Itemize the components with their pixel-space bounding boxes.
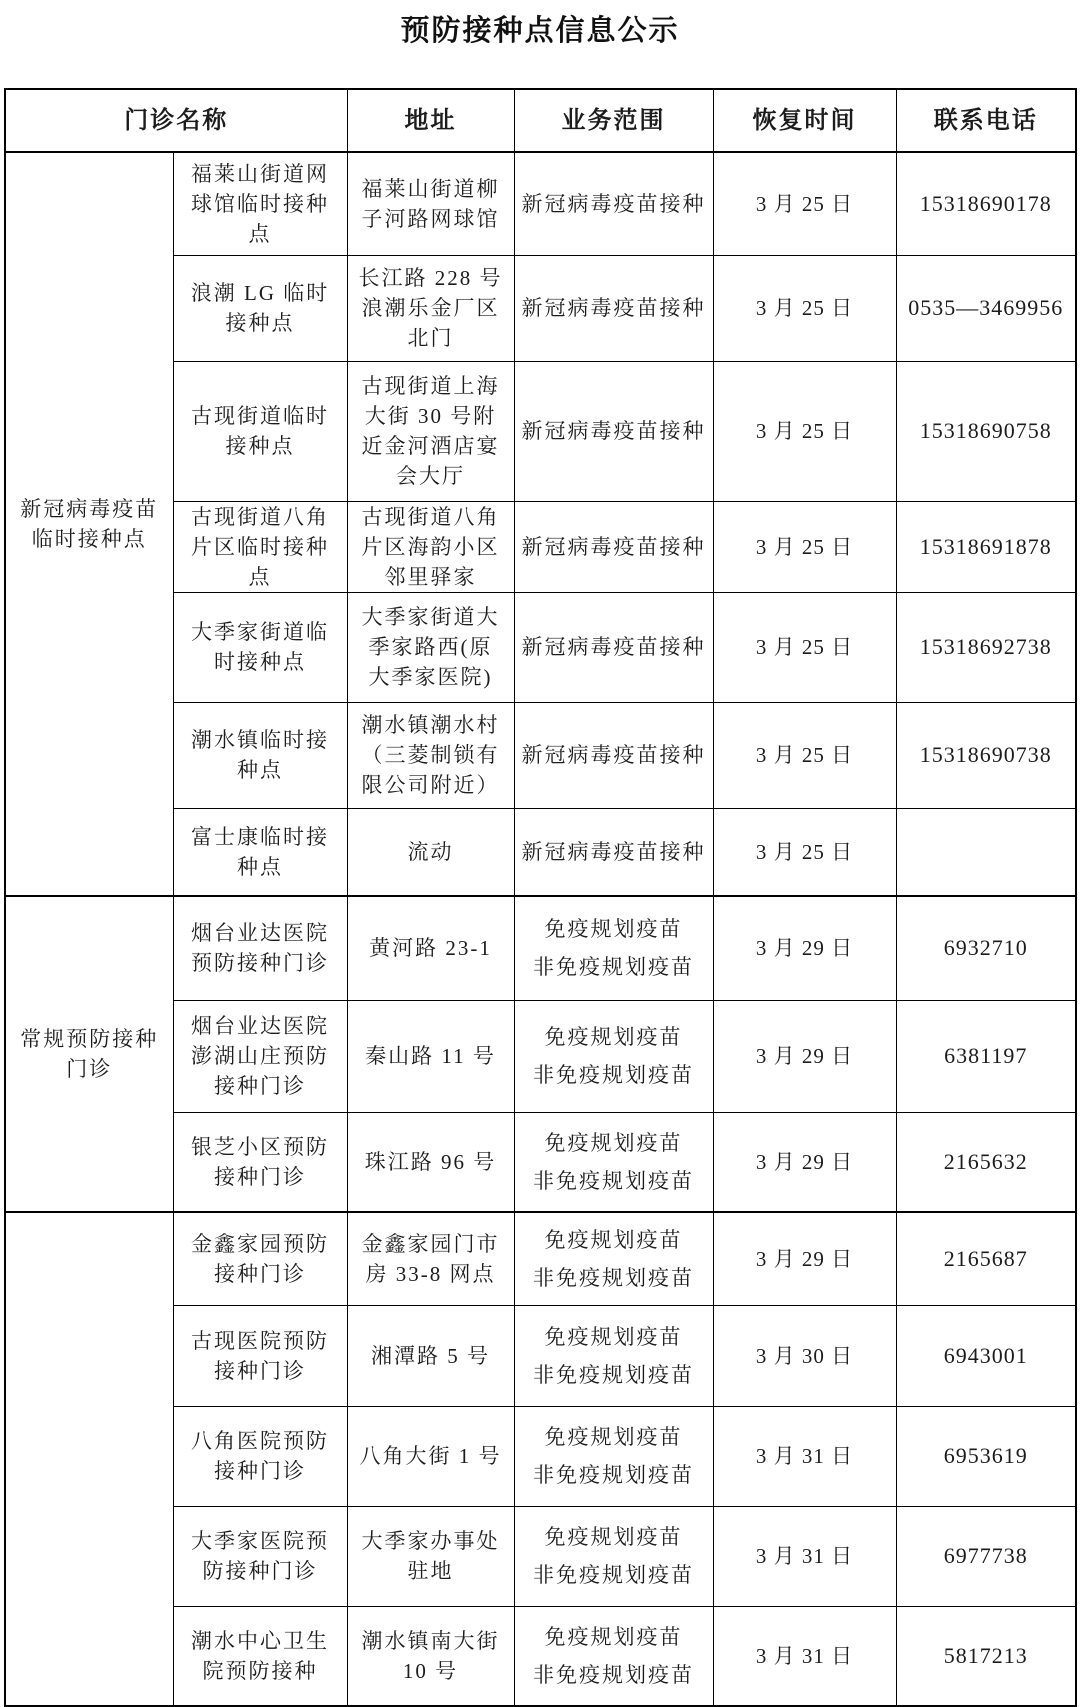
cell-scope: 新冠病毒疫苗接种 — [514, 152, 713, 255]
cell-resume-time: 3 月 30 日 — [713, 1305, 896, 1406]
cell-phone: 6381197 — [896, 1000, 1076, 1112]
cell-resume-time: 3 月 31 日 — [713, 1506, 896, 1606]
col-header-address: 地址 — [347, 89, 514, 152]
cell-resume-time: 3 月 31 日 — [713, 1606, 896, 1706]
cell-phone: 15318690738 — [896, 702, 1076, 808]
cell-resume-time: 3 月 29 日 — [713, 1212, 896, 1305]
cell-address: 流动 — [347, 808, 514, 896]
cell-scope: 免疫规划疫苗 非免疫规划疫苗 — [514, 1606, 713, 1706]
cell-clinic-name: 富士康临时接种点 — [173, 808, 347, 896]
cell-phone: 15318690758 — [896, 361, 1076, 501]
cell-phone: 5817213 — [896, 1606, 1076, 1706]
cell-phone: 6977738 — [896, 1506, 1076, 1606]
cell-scope: 新冠病毒疫苗接种 — [514, 592, 713, 702]
cell-address: 黄河路 23-1 — [347, 896, 514, 1000]
cell-resume-time: 3 月 25 日 — [713, 152, 896, 255]
cell-scope: 免疫规划疫苗 非免疫规划疫苗 — [514, 1305, 713, 1406]
cell-address: 大季家街道大季家路西(原大季家医院) — [347, 592, 514, 702]
cell-address: 福莱山街道柳子河路网球馆 — [347, 152, 514, 255]
cell-address: 潮水镇潮水村（三菱制锁有限公司附近） — [347, 702, 514, 808]
cell-resume-time: 3 月 25 日 — [713, 255, 896, 361]
table-row: 新冠病毒疫苗临时接种点 福莱山街道网球馆临时接种点 福莱山街道柳子河路网球馆 新… — [5, 152, 1076, 255]
cell-scope: 免疫规划疫苗 非免疫规划疫苗 — [514, 1000, 713, 1112]
table-row: 常规预防接种门诊 烟台业达医院预防接种门诊 黄河路 23-1 免疫规划疫苗 非免… — [5, 896, 1076, 1000]
cell-clinic-name: 烟台业达医院澎湖山庄预防接种门诊 — [173, 1000, 347, 1112]
cell-address: 古现街道八角片区海韵小区邻里驿家 — [347, 501, 514, 592]
cell-clinic-name: 古现街道八角片区临时接种点 — [173, 501, 347, 592]
cell-phone: 6953619 — [896, 1406, 1076, 1506]
cell-resume-time: 3 月 25 日 — [713, 501, 896, 592]
cell-scope: 新冠病毒疫苗接种 — [514, 361, 713, 501]
vaccination-points-table: 门诊名称 地址 业务范围 恢复时间 联系电话 新冠病毒疫苗临时接种点 福莱山街道… — [4, 88, 1077, 1707]
cell-clinic-name: 潮水镇临时接种点 — [173, 702, 347, 808]
cell-clinic-name: 潮水中心卫生院预防接种 — [173, 1606, 347, 1706]
col-header-resume-time: 恢复时间 — [713, 89, 896, 152]
cell-scope: 免疫规划疫苗 非免疫规划疫苗 — [514, 896, 713, 1000]
cell-clinic-name: 古现街道临时接种点 — [173, 361, 347, 501]
page-title: 预防接种点信息公示 — [0, 0, 1080, 46]
cell-clinic-name: 银芝小区预防接种门诊 — [173, 1112, 347, 1212]
cell-scope: 新冠病毒疫苗接种 — [514, 255, 713, 361]
cell-address: 金鑫家园门市房 33-8 网点 — [347, 1212, 514, 1305]
cell-clinic-name: 大季家医院预防接种门诊 — [173, 1506, 347, 1606]
cell-address: 湘潭路 5 号 — [347, 1305, 514, 1406]
table-row: 金鑫家园预防接种门诊 金鑫家园门市房 33-8 网点 免疫规划疫苗 非免疫规划疫… — [5, 1212, 1076, 1305]
cell-address: 八角大街 1 号 — [347, 1406, 514, 1506]
group-label-routine-clinics: 常规预防接种门诊 — [5, 896, 173, 1212]
cell-phone: 2165632 — [896, 1112, 1076, 1212]
cell-scope: 新冠病毒疫苗接种 — [514, 702, 713, 808]
cell-resume-time: 3 月 29 日 — [713, 1000, 896, 1112]
announcement-page: 预防接种点信息公示 门诊名称 地址 业务范围 恢复时间 联系电话 新冠病毒疫苗临… — [0, 0, 1080, 1707]
col-header-clinic-name: 门诊名称 — [5, 89, 347, 152]
cell-clinic-name: 烟台业达医院预防接种门诊 — [173, 896, 347, 1000]
cell-clinic-name: 浪潮 LG 临时接种点 — [173, 255, 347, 361]
cell-phone: 6943001 — [896, 1305, 1076, 1406]
cell-address: 大季家办事处驻地 — [347, 1506, 514, 1606]
cell-phone: 0535—3469956 — [896, 255, 1076, 361]
cell-resume-time: 3 月 25 日 — [713, 361, 896, 501]
cell-address: 潮水镇南大街 10 号 — [347, 1606, 514, 1706]
cell-phone: 15318691878 — [896, 501, 1076, 592]
cell-clinic-name: 大季家街道临时接种点 — [173, 592, 347, 702]
col-header-scope: 业务范围 — [514, 89, 713, 152]
cell-resume-time: 3 月 25 日 — [713, 808, 896, 896]
cell-scope: 新冠病毒疫苗接种 — [514, 501, 713, 592]
cell-resume-time: 3 月 31 日 — [713, 1406, 896, 1506]
cell-resume-time: 3 月 29 日 — [713, 1112, 896, 1212]
table-header-row: 门诊名称 地址 业务范围 恢复时间 联系电话 — [5, 89, 1076, 152]
cell-address: 珠江路 96 号 — [347, 1112, 514, 1212]
cell-scope: 免疫规划疫苗 非免疫规划疫苗 — [514, 1406, 713, 1506]
cell-clinic-name: 金鑫家园预防接种门诊 — [173, 1212, 347, 1305]
cell-phone: 2165687 — [896, 1212, 1076, 1305]
cell-scope: 免疫规划疫苗 非免疫规划疫苗 — [514, 1212, 713, 1305]
cell-resume-time: 3 月 25 日 — [713, 592, 896, 702]
cell-resume-time: 3 月 29 日 — [713, 896, 896, 1000]
col-header-phone: 联系电话 — [896, 89, 1076, 152]
cell-clinic-name: 古现医院预防接种门诊 — [173, 1305, 347, 1406]
group-label-blank — [5, 1212, 173, 1706]
cell-phone: 6932710 — [896, 896, 1076, 1000]
cell-address: 长江路 228 号浪潮乐金厂区北门 — [347, 255, 514, 361]
cell-clinic-name: 八角医院预防接种门诊 — [173, 1406, 347, 1506]
cell-address: 古现街道上海大街 30 号附近金河酒店宴会大厅 — [347, 361, 514, 501]
cell-phone: 15318690178 — [896, 152, 1076, 255]
cell-phone — [896, 808, 1076, 896]
cell-scope: 免疫规划疫苗 非免疫规划疫苗 — [514, 1506, 713, 1606]
cell-scope: 免疫规划疫苗 非免疫规划疫苗 — [514, 1112, 713, 1212]
cell-scope: 新冠病毒疫苗接种 — [514, 808, 713, 896]
cell-phone: 15318692738 — [896, 592, 1076, 702]
cell-resume-time: 3 月 25 日 — [713, 702, 896, 808]
cell-address: 秦山路 11 号 — [347, 1000, 514, 1112]
group-label-covid-temp-points: 新冠病毒疫苗临时接种点 — [5, 152, 173, 896]
cell-clinic-name: 福莱山街道网球馆临时接种点 — [173, 152, 347, 255]
